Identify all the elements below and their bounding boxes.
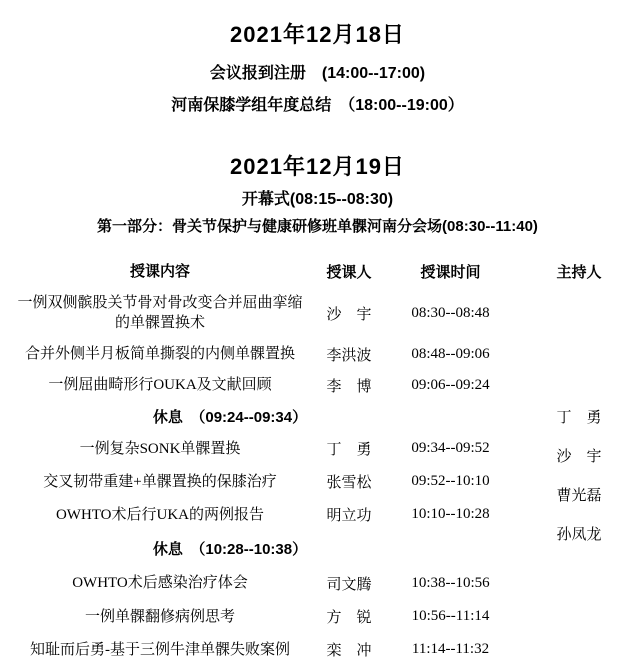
table-row: 一例单髁翻修病例思考 方 锐 10:56--11:14 bbox=[0, 600, 635, 633]
day1-title: 2021年12月18日 bbox=[0, 22, 635, 48]
moderator-list: 丁 勇 沙 宇 曹光磊 孙凤龙 bbox=[523, 406, 635, 544]
speaker-name: 明立功 bbox=[320, 504, 378, 525]
day2-section: 2021年12月19日 开幕式(08:15--08:30) 第一部分：骨关节保护… bbox=[0, 154, 635, 237]
moderator-name: 沙 宇 bbox=[523, 445, 635, 466]
course-time: 10:38--10:56 bbox=[378, 575, 523, 592]
moderator-name: 曹光磊 bbox=[523, 484, 635, 505]
header-moderator: 主持人 bbox=[523, 261, 635, 282]
header-speaker: 授课人 bbox=[320, 261, 378, 282]
course-content: 知耻而后勇-基于三例牛津单髁失败案例 bbox=[0, 640, 320, 660]
break-label: 休息 （10:28--10:38） bbox=[0, 538, 460, 559]
table-header-row: 授课内容 授课人 授课时间 主持人 bbox=[0, 255, 635, 288]
course-content: 一例屈曲畸形行OUKA及文献回顾 bbox=[0, 375, 320, 395]
header-course-content: 授课内容 bbox=[0, 262, 320, 282]
course-time: 09:34--09:52 bbox=[378, 440, 523, 457]
speaker-name: 栾 冲 bbox=[320, 639, 378, 660]
course-content: 一例单髁翻修病例思考 bbox=[0, 607, 320, 627]
course-time: 11:14--11:32 bbox=[378, 641, 523, 658]
speaker-name: 李 博 bbox=[320, 375, 378, 396]
course-time: 09:52--10:10 bbox=[378, 473, 523, 490]
day1-event-annual-summary: 河南保膝学组年度总结 （18:00--19:00） bbox=[0, 96, 635, 116]
day2-title: 2021年12月19日 bbox=[0, 154, 635, 180]
table-row: 一例双侧髌股关节骨对骨改变合并屈曲挛缩的单髁置换术 沙 宇 08:30--08:… bbox=[0, 288, 635, 338]
course-content: 一例双侧髌股关节骨对骨改变合并屈曲挛缩的单髁置换术 bbox=[0, 293, 320, 333]
speaker-name: 张雪松 bbox=[320, 471, 378, 492]
conference-program-page: 2021年12月18日 会议报到注册 (14:00--17:00) 河南保膝学组… bbox=[0, 0, 635, 666]
day1-event-registration: 会议报到注册 (14:00--17:00) bbox=[0, 64, 635, 84]
course-content: 一例复杂SONK单髁置换 bbox=[0, 439, 320, 459]
table-row: 知耻而后勇-基于三例牛津单髁失败案例 栾 冲 11:14--11:32 bbox=[0, 633, 635, 666]
part1-session-title: 第一部分：骨关节保护与健康研修班单髁河南分会场(08:30--11:40) bbox=[0, 217, 635, 237]
course-time: 09:06--09:24 bbox=[378, 377, 523, 394]
course-time: 10:56--11:14 bbox=[378, 608, 523, 625]
moderator-name: 丁 勇 bbox=[523, 406, 635, 427]
speaker-name: 司文腾 bbox=[320, 573, 378, 594]
speaker-name: 沙 宇 bbox=[320, 303, 378, 324]
course-time: 10:10--10:28 bbox=[378, 506, 523, 523]
break-label: 休息 （09:24--09:34） bbox=[0, 406, 460, 427]
course-content: 交叉韧带重建+单髁置换的保膝治疗 bbox=[0, 472, 320, 492]
table-row: 合并外侧半月板简单撕裂的内侧单髁置换 李洪波 08:48--09:06 bbox=[0, 338, 635, 370]
day1-section: 2021年12月18日 会议报到注册 (14:00--17:00) 河南保膝学组… bbox=[0, 22, 635, 116]
opening-ceremony-line: 开幕式(08:15--08:30) bbox=[0, 190, 635, 210]
course-content: 合并外侧半月板简单撕裂的内侧单髁置换 bbox=[0, 344, 320, 364]
speaker-name: 丁 勇 bbox=[320, 438, 378, 459]
course-time: 08:48--09:06 bbox=[378, 346, 523, 363]
course-content: OWHTO术后行UKA的两例报告 bbox=[0, 505, 320, 525]
table-row: 一例屈曲畸形行OUKA及文献回顾 李 博 09:06--09:24 bbox=[0, 370, 635, 400]
table-row: OWHTO术后感染治疗体会 司文腾 10:38--10:56 bbox=[0, 566, 635, 600]
header-time: 授课时间 bbox=[378, 261, 523, 282]
course-content: OWHTO术后感染治疗体会 bbox=[0, 573, 320, 593]
course-time: 08:30--08:48 bbox=[378, 305, 523, 322]
moderator-name: 孙凤龙 bbox=[523, 523, 635, 544]
speaker-name: 方 锐 bbox=[320, 606, 378, 627]
speaker-name: 李洪波 bbox=[320, 344, 378, 365]
